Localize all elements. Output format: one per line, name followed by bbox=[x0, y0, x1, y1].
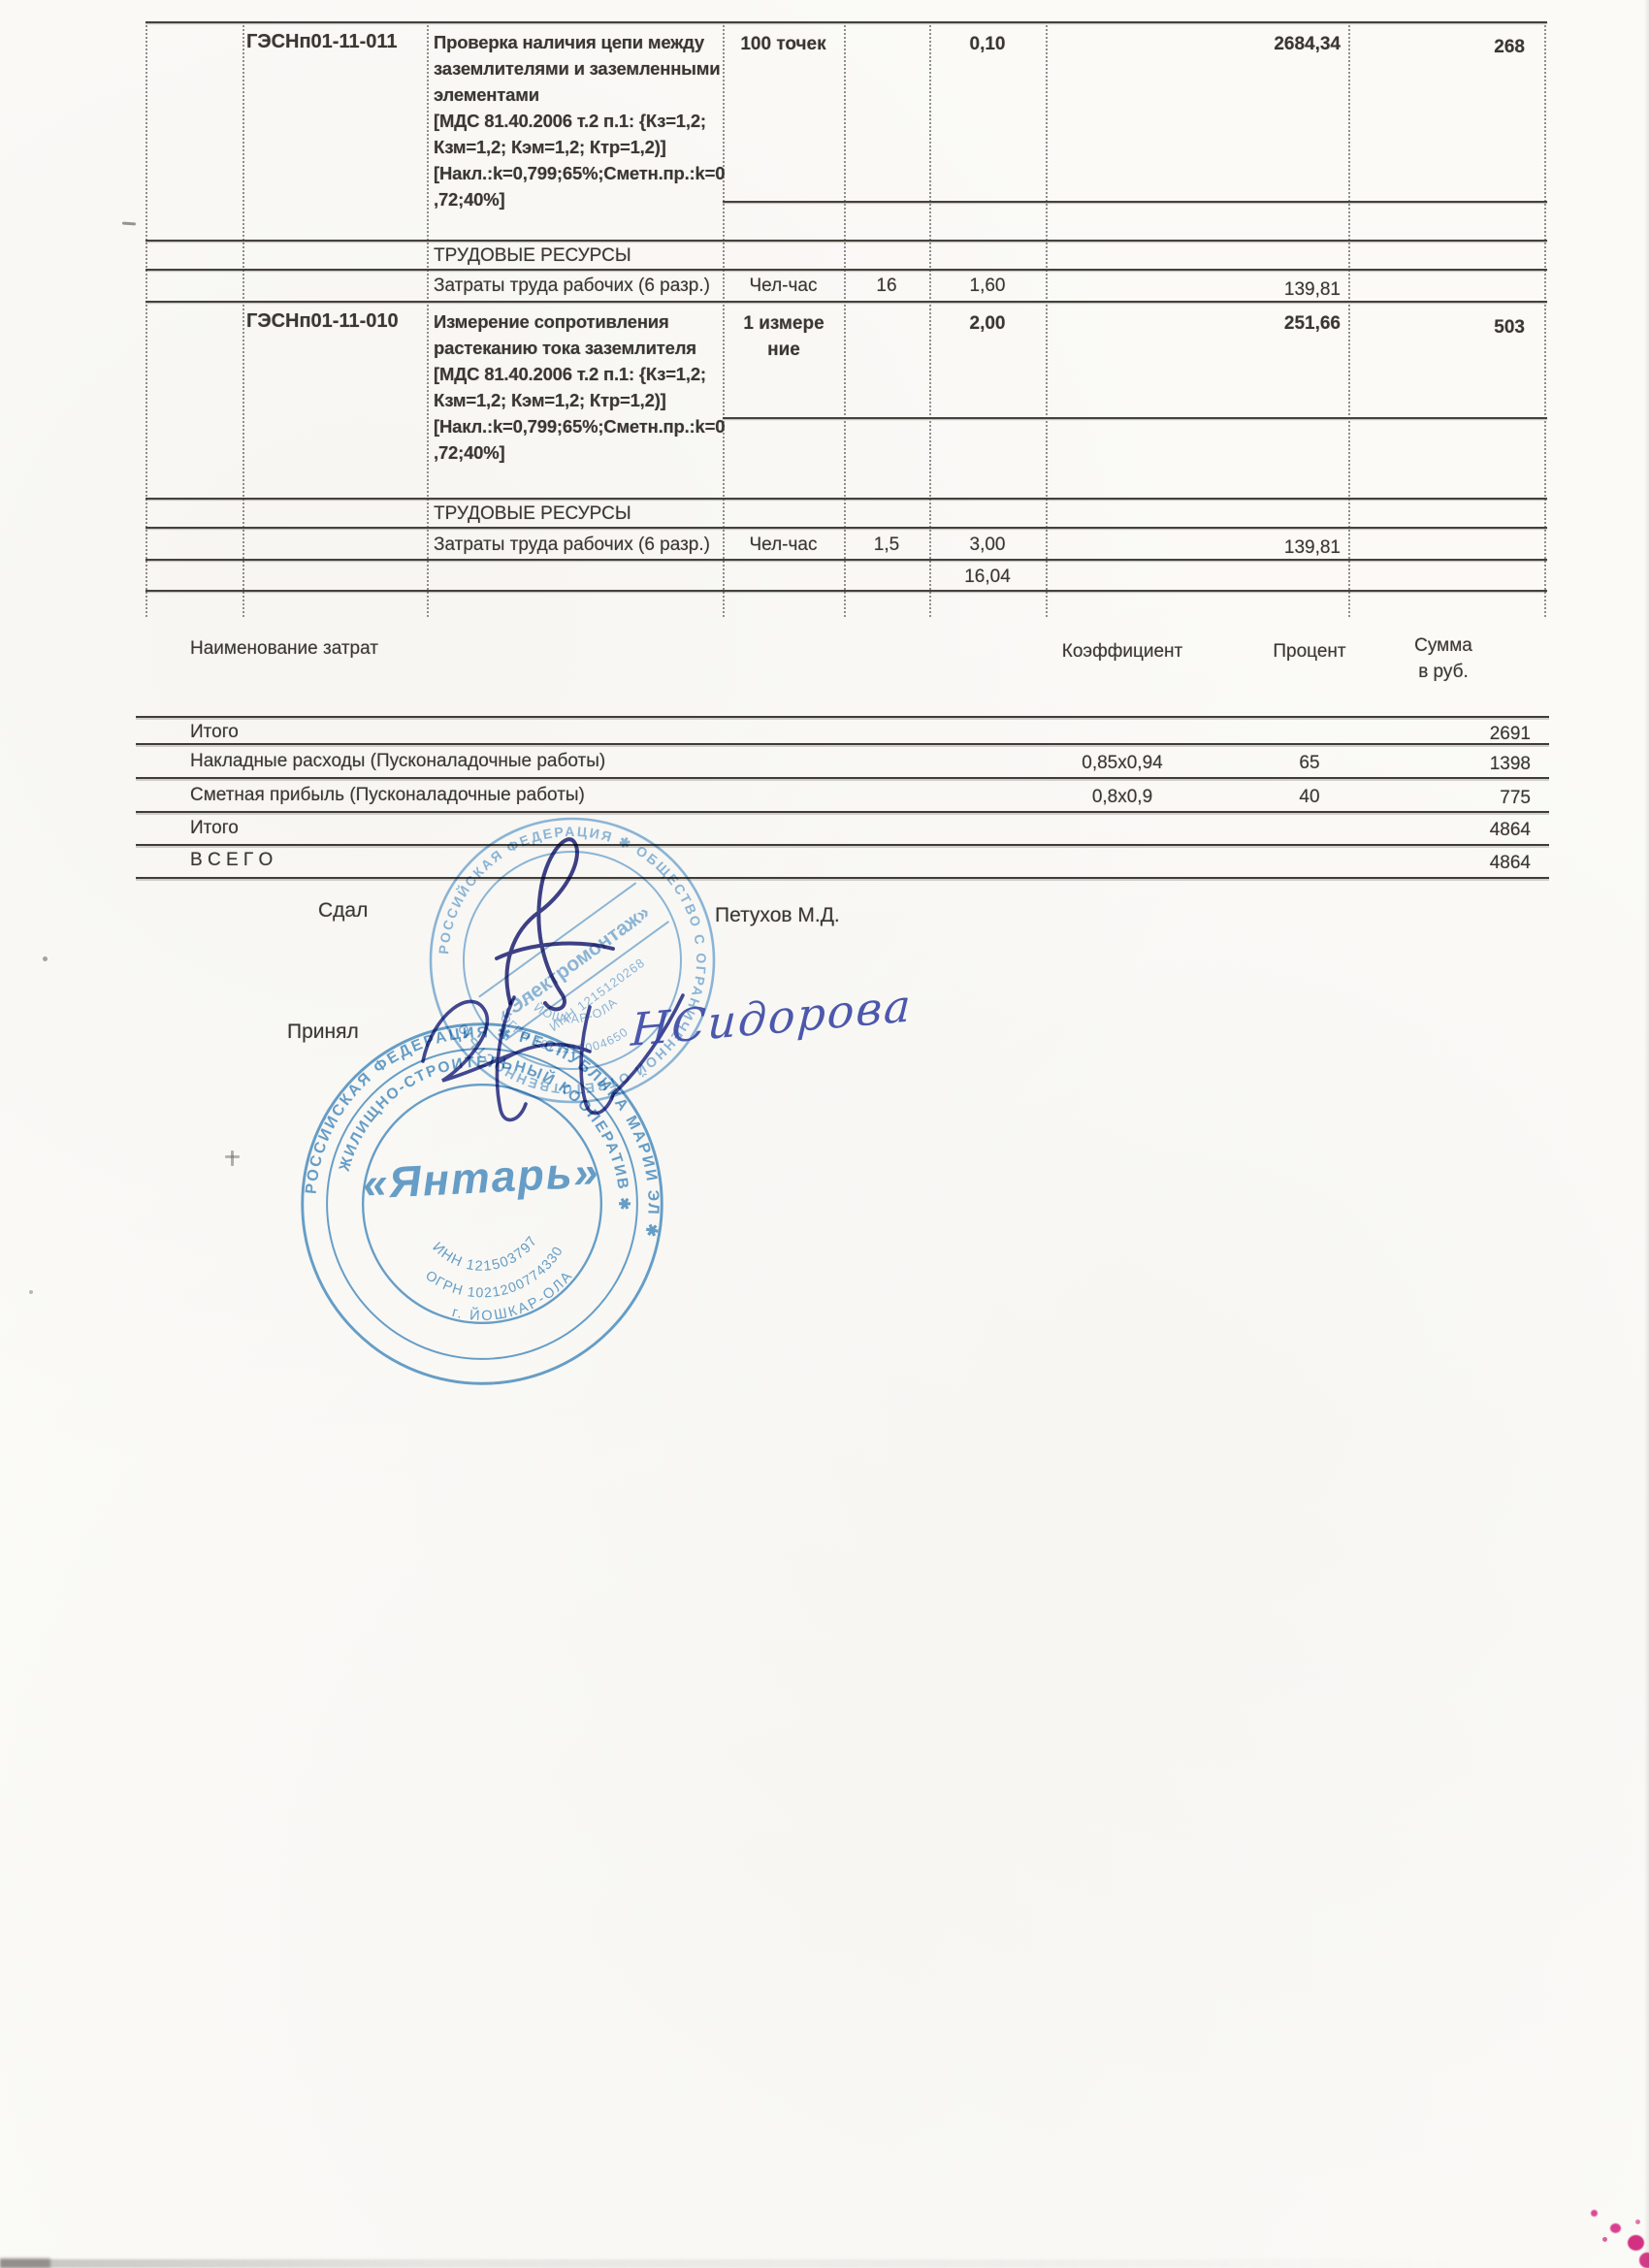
item1-code: ГЭСНп01-11-011 bbox=[246, 29, 425, 55]
scan-edge-bottom bbox=[0, 2259, 1455, 2268]
item2-code: ГЭСНп01-11-010 bbox=[246, 308, 425, 335]
table-rule-row1-cells bbox=[723, 201, 1547, 203]
item1-labor-value: 1,60 bbox=[931, 273, 1044, 299]
summary-row-profit-sum: 775 bbox=[1387, 785, 1531, 811]
summary-header-name: Наименование затрат bbox=[190, 635, 378, 662]
item2-labor-unit: Чел-час bbox=[725, 532, 842, 558]
item1-unit: 100 точек bbox=[725, 31, 842, 57]
summary-rule-5 bbox=[136, 844, 1549, 846]
summary-row-overhead-sum: 1398 bbox=[1387, 751, 1531, 777]
table-rule-labor2-top bbox=[145, 527, 1547, 529]
summary-rule-1 bbox=[136, 716, 1549, 718]
summary-row-itogo2-name: Итого bbox=[190, 815, 239, 841]
table-rule-top bbox=[145, 21, 1547, 23]
item2-labor-cost: 139,81 bbox=[1048, 535, 1350, 561]
item1-labor-unit: Чел-час bbox=[725, 273, 842, 299]
item2-labor-value: 3,00 bbox=[931, 532, 1044, 558]
table-rule-labor1-top bbox=[145, 269, 1547, 271]
item2-labor-qty: 1,5 bbox=[846, 532, 927, 558]
table-rule-resources1-top bbox=[145, 240, 1547, 242]
summary-header-coefficient: Коэффициент bbox=[1030, 638, 1214, 664]
summary-header-sum-line2: в руб. bbox=[1385, 659, 1502, 685]
item2-total: 503 bbox=[1350, 314, 1542, 340]
summary-header-sum-line1: Сумма bbox=[1385, 632, 1502, 659]
summary-row-itogo1-sum: 2691 bbox=[1387, 721, 1531, 747]
summary-row-itogo2-sum: 4864 bbox=[1387, 817, 1531, 843]
summary-row-itogo1-name: Итого bbox=[190, 719, 239, 745]
summary-row-vsego-sum: 4864 bbox=[1387, 850, 1531, 876]
summary-row-overhead-percent: 65 bbox=[1246, 750, 1373, 776]
item1-labor-cost: 139,81 bbox=[1048, 276, 1350, 303]
summary-row-profit-name: Сметная прибыль (Пусконаладочные работы) bbox=[190, 782, 585, 808]
item2-description: Измерение сопротивления растеканию тока … bbox=[434, 308, 723, 466]
scan-edge-right bbox=[1644, 0, 1649, 2268]
summary-row-overhead-coefficient: 0,85x0,94 bbox=[1030, 750, 1214, 776]
item2-cost: 251,66 bbox=[1048, 310, 1348, 337]
item2-resources-header: ТРУДОВЫЕ РЕСУРСЫ bbox=[434, 501, 841, 527]
item1-cost: 2684,34 bbox=[1048, 31, 1348, 57]
summary-row-vsego-name: В С Е Г О bbox=[190, 847, 273, 873]
item1-labor-qty: 16 bbox=[846, 273, 927, 299]
summary-rule-3 bbox=[136, 777, 1549, 779]
scan-speck-4 bbox=[225, 1155, 240, 1158]
item2-extra-value: 16,04 bbox=[931, 564, 1044, 590]
pink-speck-3 bbox=[1628, 2235, 1644, 2251]
signature-given-label: Сдал bbox=[318, 897, 368, 923]
pink-speck-1 bbox=[1591, 2210, 1598, 2217]
pink-speck-2 bbox=[1610, 2223, 1621, 2233]
summary-row-overhead-name: Накладные расходы (Пусконаладочные работ… bbox=[190, 748, 605, 774]
item1-resources-header: ТРУДОВЫЕ РЕСУРСЫ bbox=[434, 243, 841, 269]
estimate-table: ГЭСНп01-11-011 Проверка наличия цепи меж… bbox=[145, 21, 1547, 625]
pink-speck-6 bbox=[1635, 2219, 1640, 2224]
table-rule-extra-bottom bbox=[145, 590, 1547, 592]
summary-row-profit-percent: 40 bbox=[1246, 784, 1373, 810]
stamp2-company-name: «Янтарь» bbox=[362, 1147, 600, 1209]
item2-unit: 1 измерение bbox=[741, 310, 826, 363]
scan-speck-1 bbox=[122, 222, 136, 226]
item1-total: 268 bbox=[1350, 34, 1542, 60]
scan-speck-3 bbox=[231, 1150, 234, 1166]
summary-rule-2 bbox=[136, 743, 1549, 745]
item1-description: Проверка наличия цепи между заземлителям… bbox=[434, 29, 723, 212]
pink-speck-5 bbox=[1602, 2237, 1607, 2242]
scan-speck-2 bbox=[43, 956, 48, 961]
summary-rule-4 bbox=[136, 811, 1549, 813]
scan-speck-5 bbox=[29, 1290, 33, 1294]
item1-value: 0,10 bbox=[931, 31, 1044, 57]
scanned-estimate-document: ГЭСНп01-11-011 Проверка наличия цепи меж… bbox=[0, 0, 1649, 2268]
table-rule-row2-cells bbox=[723, 417, 1547, 419]
summary-rule-6 bbox=[136, 877, 1549, 879]
item2-value: 2,00 bbox=[931, 310, 1044, 337]
summary-row-profit-coefficient: 0,8x0,9 bbox=[1030, 784, 1214, 810]
signature-given-name: Петухов М.Д. bbox=[715, 902, 840, 928]
table-rule-resources2-top bbox=[145, 498, 1547, 500]
summary-header-percent: Процент bbox=[1246, 638, 1373, 664]
scan-edge-bottom-corner bbox=[0, 2258, 50, 2268]
